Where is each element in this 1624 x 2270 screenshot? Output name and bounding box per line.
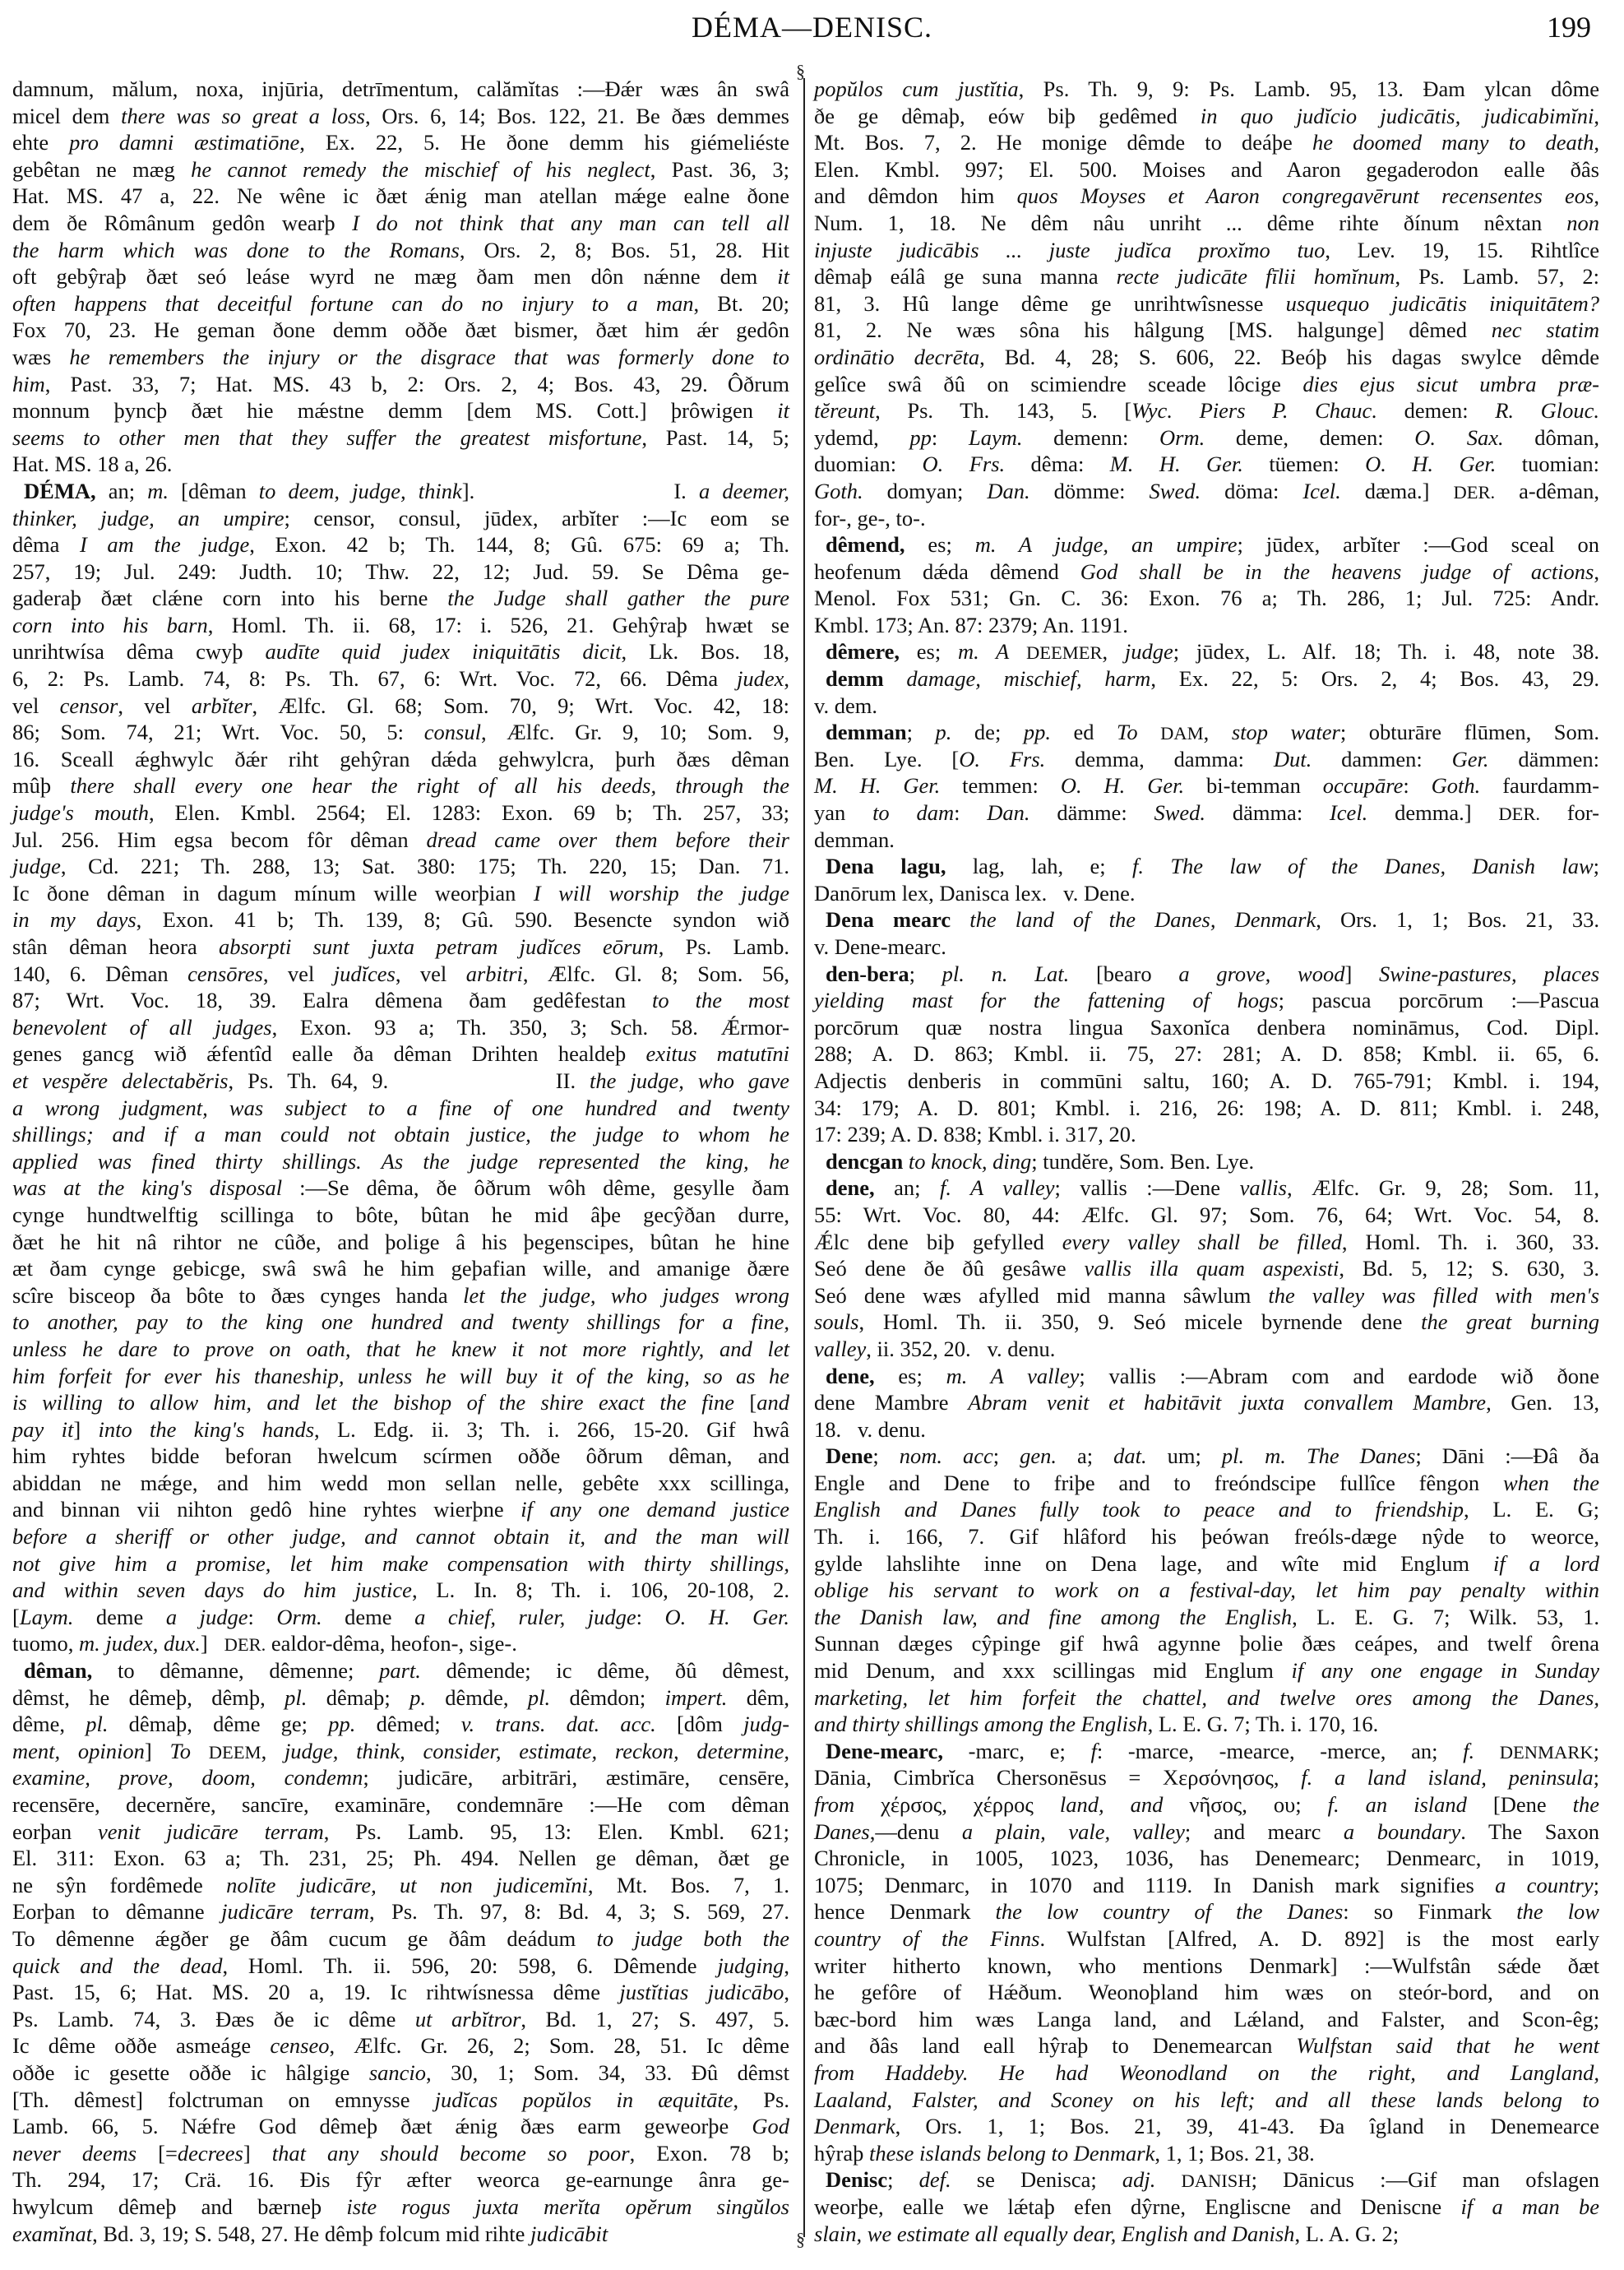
text-line: To dêmenne ǽgðer ge ðâm cucum ge ðâm deá… (12, 1925, 789, 1953)
text-line: El. 311: Exon. 63 a; Th. 231, 25; Ph. 49… (12, 1845, 789, 1872)
text-line: monnum þyncþ ðæt hie mǽstne demm [dem MS… (12, 397, 789, 424)
text-line: dem ðe Rômânum gedôn wearþ I do not thin… (12, 210, 789, 237)
text-line: dene Mambre Abram venit et habitāvit jux… (814, 1389, 1599, 1416)
text-line: yielding mast for the fattening of hogs;… (814, 987, 1599, 1014)
text-line: 18. v. denu. (814, 1416, 1599, 1443)
text-line: writer hitherto known, who mentions Denm… (814, 1953, 1599, 1980)
text-line: porcōrum quæ nostra lingua Saxonĭca denb… (814, 1014, 1599, 1041)
text-line: oððe ic gesette oððe ic hâlgige sancio, … (12, 2059, 789, 2087)
text-line: unrihtwísa dêma cwyþ audīte quid judex i… (12, 638, 789, 665)
text-line: 140, 6. Dêman censōres, vel judĭces, vel… (12, 961, 789, 988)
text-line: not give him a promise, let him make com… (12, 1550, 789, 1577)
text-line: et vespĕre delectabĕris, Ps. Th. 64, 9. … (12, 1068, 789, 1095)
text-line: Jul. 256. Him egsa becom fôr dêman dread… (12, 827, 789, 854)
text-line: oblige his servant to work on a festival… (814, 1577, 1599, 1604)
text-line: ment, opinion] To DEEM, judge, think, co… (12, 1738, 789, 1765)
text-line: tuomo, m. judex, dux.] DER. ealdor-dêma,… (12, 1630, 789, 1657)
text-line: judge, Cd. 221; Th. 288, 13; Sat. 380: 1… (12, 853, 789, 880)
text-line: examine, prove, doom, condemn; judicāre,… (12, 1764, 789, 1791)
text-line: for-, ge-, to-. (814, 505, 1599, 532)
dictionary-entry-headline: den-bera; pl. n. Lat. [bearo a grove, wo… (814, 961, 1599, 988)
text-line: damnum, mălum, noxa, injūria, detrīmentu… (12, 76, 789, 103)
dictionary-entry-headline: dêman, to dêmanne, dêmenne; part. dêmend… (12, 1657, 789, 1684)
text-line: micel dem there was so great a loss, Ors… (12, 103, 789, 130)
dictionary-entry-headline: DÉMA, an; m. [dêman to deem, judge, thin… (12, 478, 789, 505)
column-divider-rule (803, 78, 805, 2237)
text-line: Denmark, Ors. 1, 1; Bos. 21, 39, 41-43. … (814, 2113, 1599, 2140)
text-line: 17: 239; A. D. 838; Kmbl. i. 317, 20. (814, 1121, 1599, 1148)
text-line: the Danish law, and fine among the Engli… (814, 1604, 1599, 1631)
text-line: demman. (814, 827, 1599, 854)
text-line: v. dem. (814, 693, 1599, 720)
text-line: Num. 1, 18. Ne dêm nâu unriht ... dême r… (814, 210, 1599, 237)
text-line: gebêtan ne mæg he cannot remedy the misc… (12, 156, 789, 183)
text-line: before a sheriff or other judge, and can… (12, 1523, 789, 1550)
text-line: 16. Sceall ǽghwylc ðǽr riht gehŷran dǽda… (12, 746, 789, 773)
text-line: hŷraþ these islands belong to Denmark, 1… (814, 2140, 1599, 2167)
text-line: bæc-bord him wæs Langa land, and Lǽland,… (814, 2006, 1599, 2033)
text-line: oft gebŷraþ ðæt seó leáse wyrd ne mæg ða… (12, 263, 789, 290)
text-line: heofenum dǽda dêmend God shall be in the… (814, 558, 1599, 586)
text-line: ydemd, pp: Laym. demenn: Orm. deme, deme… (814, 424, 1599, 452)
text-line: ne sŷn fordêmede nolīte judicāre, ut non… (12, 1872, 789, 1899)
text-line: Fox 70, 23. He geman ðone demm oððe ðæt … (12, 317, 789, 344)
text-line: injuste judicābis ... juste judĭca proxĭ… (814, 237, 1599, 264)
text-line: popŭlos cum justĭtia, Ps. Th. 9, 9: Ps. … (814, 76, 1599, 103)
dictionary-entry-headline: dencgan to knock, ding; tundĕre, Som. Be… (814, 1148, 1599, 1175)
text-line: Chronicle, in 1005, 1023, 1036, has Dene… (814, 1845, 1599, 1872)
text-line: Danōrum lex, Danisca lex. v. Dene. (814, 880, 1599, 907)
text-line: ordinātio decrēta, Bd. 4, 28; S. 606, 22… (814, 344, 1599, 371)
text-line: applied was fined thirty shillings. As t… (12, 1148, 789, 1175)
text-line: souls, Homl. Th. ii. 350, 9. Seó micele … (814, 1309, 1599, 1336)
text-line: Laaland, Falster, and Sconey on his left… (814, 2087, 1599, 2114)
text-line: 6, 2: Ps. Lamb. 74, 8: Ps. Th. 67, 6: Wr… (12, 665, 789, 693)
text-line: mid Denum, and xxx scillingas mid Englum… (814, 1657, 1599, 1684)
text-line: hwylcum dêmeþ and bærneþ iste rogus juxt… (12, 2194, 789, 2221)
text-line: ehte pro damni æstimatiōne, Ex. 22, 5. H… (12, 129, 789, 156)
text-line: dêmaþ eálâ ge suna manna recte judicāte … (814, 263, 1599, 290)
text-line: corn into his barn, Homl. Th. ii. 68, 17… (12, 612, 789, 639)
text-line: Th. i. 166, 7. Gif hlâford his þeówan fr… (814, 1523, 1599, 1550)
text-line: vel censor, vel arbĭter, Ælfc. Gl. 68; S… (12, 693, 789, 720)
text-line: quick and the dead, Homl. Th. ii. 596, 2… (12, 1953, 789, 1980)
column-rule-ornament-bottom-icon: § (796, 2231, 805, 2249)
text-line: Menol. Fox 531; Gn. C. 36: Exon. 76 a; T… (814, 585, 1599, 612)
text-line: from Haddeby. He had Weonodland on the r… (814, 2059, 1599, 2087)
text-line: judge's mouth, Elen. Kmbl. 2564; El. 128… (12, 799, 789, 827)
text-line: from χέρσος, χέρρος land, and νῆσος, ου;… (814, 1791, 1599, 1818)
text-line: Ic dême oððe asmeáge censeo, Ælfc. Gr. 2… (12, 2032, 789, 2059)
text-line: Ps. Lamb. 74, 3. Ðæs ðe ic dême ut arbĭt… (12, 2006, 789, 2033)
text-line: pay it] into the king's hands, L. Edg. i… (12, 1416, 789, 1443)
text-line: dêmst, he dêmeþ, dêmþ, pl. dêmaþ; p. dêm… (12, 1684, 789, 1712)
text-line: marketing, let him forfeit the chattel, … (814, 1684, 1599, 1712)
dictionary-entry-headline: Denisc; def. se Denisca; adj. DANISH; Dā… (814, 2166, 1599, 2194)
text-line: him ryhtes bidde beforan hwelcum scírmen… (12, 1443, 789, 1470)
text-line: duomian: O. Frs. dêma: M. H. Ger. tüemen… (814, 451, 1599, 478)
text-line: in my days, Exon. 41 b; Th. 139, 8; Gû. … (12, 906, 789, 933)
text-line: eorþan venit judicāre terram, Ps. Lamb. … (12, 1818, 789, 1846)
text-line: 81, 3. Hû lange dême ge unrihtwîsnesse u… (814, 290, 1599, 317)
right-column: popŭlos cum justĭtia, Ps. Th. 9, 9: Ps. … (814, 76, 1599, 2247)
text-line: hence Denmark the low country of the Dan… (814, 1898, 1599, 1925)
dictionary-entry-headline: dene, es; m. A valley; vallis :—Abram co… (814, 1363, 1599, 1390)
text-line: is willing to allow him, and let the bis… (12, 1389, 789, 1416)
text-line: Dānia, Cimbrĭca Chersonēsus = Χερσόνησος… (814, 1764, 1599, 1791)
text-line: the harm which was done to the Romans, O… (12, 237, 789, 264)
text-line: [Laym. deme a judge: Orm. deme a chief, … (12, 1604, 789, 1631)
text-line: unless he dare to prove on oath, that he… (12, 1336, 789, 1363)
text-line: gelîce swâ ðû on scimiendre sceade lôcig… (814, 371, 1599, 398)
text-line: dême, pl. dêmaþ, dême ge; pp. dêmed; v. … (12, 1711, 789, 1738)
text-line: 55: Wrt. Voc. 80, 44: Ælfc. Gl. 97; Som.… (814, 1202, 1599, 1229)
text-line: stân dêman heora absorpti sunt juxta pet… (12, 933, 789, 961)
dictionary-entry-headline: demm damage, mischief, harm, Ex. 22, 5: … (814, 665, 1599, 693)
text-line: 86; Som. 74, 21; Wrt. Voc. 50, 5: consul… (12, 719, 789, 746)
text-line: and ðâs land eall hŷraþ to Denemearcan W… (814, 2032, 1599, 2059)
text-line: 288; A. D. 863; Kmbl. ii. 75, 27: 281; A… (814, 1040, 1599, 1068)
text-line: 81, 2. Ne wæs sôna his hâlgung [MS. halg… (814, 317, 1599, 344)
text-line: dêma I am the judge, Exon. 42 b; Th. 144… (12, 531, 789, 558)
text-line: weorþe, ealle we lǽtaþ efen dŷrne, Engli… (814, 2194, 1599, 2221)
dictionary-entry-headline: Dena lagu, lag, lah, e; f. The law of th… (814, 853, 1599, 880)
dictionary-entry-headline: Dene-mearc, -marc, e; f: -marce, -mearce… (814, 1738, 1599, 1765)
text-line: Goth. domyan; Dan. dömme: Swed. döma: Ic… (814, 478, 1599, 505)
text-line: shillings; and if a man could not obtain… (12, 1121, 789, 1148)
text-line: gaderaþ ðæt clǽne corn into his berne th… (12, 585, 789, 612)
text-line: thinker, judge, an umpire; censor, consu… (12, 505, 789, 532)
page-header: DÉMA—DENISC. 199 (0, 0, 1624, 66)
text-line: country of the Finns. Wulfstan [Alfred, … (814, 1925, 1599, 1953)
text-line: 34: 179; A. D. 801; Kmbl. i. 216, 26: 19… (814, 1095, 1599, 1122)
left-column: damnum, mălum, noxa, injūria, detrīmentu… (12, 76, 789, 2247)
text-line: Past. 15, 6; Hat. MS. 20 a, 19. Ic rihtw… (12, 1979, 789, 2006)
text-line: Danes,—denu a plain, vale, valley; and m… (814, 1818, 1599, 1846)
text-line: never deems [=decrees] that any should b… (12, 2140, 789, 2167)
text-line: was at the king's disposal :—Se dêma, ðe… (12, 1174, 789, 1202)
text-line: Adjectis denberis in commūni saltu, 160;… (814, 1068, 1599, 1095)
text-line: Sunnan dæges cŷpinge gif hwâ agynne þoli… (814, 1630, 1599, 1657)
text-line: Ic ðone dêman in dagum mínum wille weorþ… (12, 880, 789, 907)
text-line: tĕreunt, Ps. Th. 143, 5. [Wyc. Piers P. … (814, 397, 1599, 424)
text-line: valley, ii. 352, 20. v. denu. (814, 1336, 1599, 1363)
text-line: and binnan vii nihton gedô hine ryhtes w… (12, 1496, 789, 1523)
text-line: Ǽlc dene biþ gefylled every valley shall… (814, 1229, 1599, 1256)
text-line: Hat. MS. 47 a, 22. Ne wêne ic ðæt ǽnig m… (12, 183, 789, 210)
text-line: Seó dene wæs afylled mid manna sâwlum th… (814, 1282, 1599, 1309)
text-line: gylde lahslihte inne on Dena lage, and w… (814, 1550, 1599, 1577)
text-line: he gefôre of Hǽðum. Weonoþland him wæs o… (814, 1979, 1599, 2006)
text-line: to another, pay to the king one hundred … (12, 1309, 789, 1336)
text-line: and thirty shillings among the English, … (814, 1711, 1599, 1738)
text-line: Seó dene ðe ðû gesâwe vallis illa quam a… (814, 1255, 1599, 1282)
dictionary-entry-headline: dêmend, es; m. A judge, an umpire; jūdex… (814, 531, 1599, 558)
page-number: 199 (1547, 10, 1591, 44)
text-line: ðe ge dêmaþ, eów biþ gedêmed in quo judĭ… (814, 103, 1599, 130)
text-line: M. H. Ger. temmen: O. H. Ger. bi-temman … (814, 772, 1599, 799)
text-line: seems to other men that they suffer the … (12, 424, 789, 452)
text-line: him, Past. 33, 7; Hat. MS. 43 b, 2: Ors.… (12, 371, 789, 398)
dictionary-entry-headline: dêmere, es; m. A DEEMER, judge; jūdex, L… (814, 638, 1599, 665)
text-line: Elen. Kmbl. 997; El. 500. Moises and Aar… (814, 156, 1599, 183)
text-line: cynge hundtwelftig scillinga to bôte, bû… (12, 1202, 789, 1229)
text-line: æt ðam cynge gebicge, swâ swâ he him geþ… (12, 1255, 789, 1282)
dictionary-entry-headline: demman; p. de; pp. ed To DAM, stop water… (814, 719, 1599, 746)
text-line: Mt. Bos. 7, 2. He monige dêmde to deáþe … (814, 129, 1599, 156)
text-line: and within seven days do him justice, L.… (12, 1577, 789, 1604)
text-line: English and Danes fully took to peace an… (814, 1496, 1599, 1523)
text-line: genes gancg wið ǽfentîd ealle ða dêman D… (12, 1040, 789, 1068)
dictionary-entry-headline: Dena mearc the land of the Danes, Denmar… (814, 906, 1599, 933)
running-head: DÉMA—DENISC. (0, 10, 1624, 44)
text-line: a wrong judgment, was subject to a fine … (12, 1095, 789, 1122)
text-line: [Th. dêmest] folctruman on emnysse judĭc… (12, 2087, 789, 2114)
text-line: benevolent of all judges, Exon. 93 a; Th… (12, 1014, 789, 1041)
text-line: 87; Wrt. Voc. 18, 39. Ealra dêmena ðam g… (12, 987, 789, 1014)
text-line: Lamb. 66, 5. Nǽfre God dêmeþ ðæt ǽnig ðæ… (12, 2113, 789, 2140)
text-line: and dêmdon him quos Moyses et Aaron cong… (814, 183, 1599, 210)
text-line: 1075; Denmarc, in 1070 and 1119. In Dani… (814, 1872, 1599, 1899)
text-line: scîre bisceop ða bôte to ðæs cynges hand… (12, 1282, 789, 1309)
text-line: v. Dene-mearc. (814, 933, 1599, 961)
dictionary-entry-headline: Dene; nom. acc; gen. a; dat. um; pl. m. … (814, 1443, 1599, 1470)
text-line: slain, we estimate all equally dear, Eng… (814, 2221, 1599, 2248)
text-line: ðæt he hit nâ rihtor ne cûðe, and þolige… (12, 1229, 789, 1256)
text-line: 257, 19; Jul. 249: Judth. 10; Thw. 22, 1… (12, 558, 789, 586)
text-line: examĭnat, Bd. 3, 19; S. 548, 27. He dêmþ… (12, 2221, 789, 2248)
text-line: Engle and Dene to friþe and to freóndsci… (814, 1470, 1599, 1497)
text-line: Th. 294, 17; Crä. 16. Ðis fŷr æfter weor… (12, 2166, 789, 2194)
text-line: mûþ there shall every one hear the right… (12, 772, 789, 799)
text-line: Ben. Lye. [O. Frs. demma, damma: Dut. da… (814, 746, 1599, 773)
text-line: Hat. MS. 18 a, 26. (12, 451, 789, 478)
text-line: Eorþan to dêmanne judicāre terram, Ps. T… (12, 1898, 789, 1925)
text-line: often happens that deceitful fortune can… (12, 290, 789, 317)
text-line: wæs he remembers the injury or the disgr… (12, 344, 789, 371)
text-line: him forfeit for ever his thaneship, unle… (12, 1363, 789, 1390)
text-line: recensēre, decernĕre, sancīre, examināre… (12, 1791, 789, 1818)
text-line: abiddan ne mǽge, and him wedd mon sellan… (12, 1470, 789, 1497)
dictionary-entry-headline: dene, an; f. A valley; vallis :—Dene val… (814, 1174, 1599, 1202)
text-line: Kmbl. 173; An. 87: 2379; An. 1191. (814, 612, 1599, 639)
text-line: yan to dam: Dan. dämme: Swed. dämma: Ice… (814, 799, 1599, 827)
